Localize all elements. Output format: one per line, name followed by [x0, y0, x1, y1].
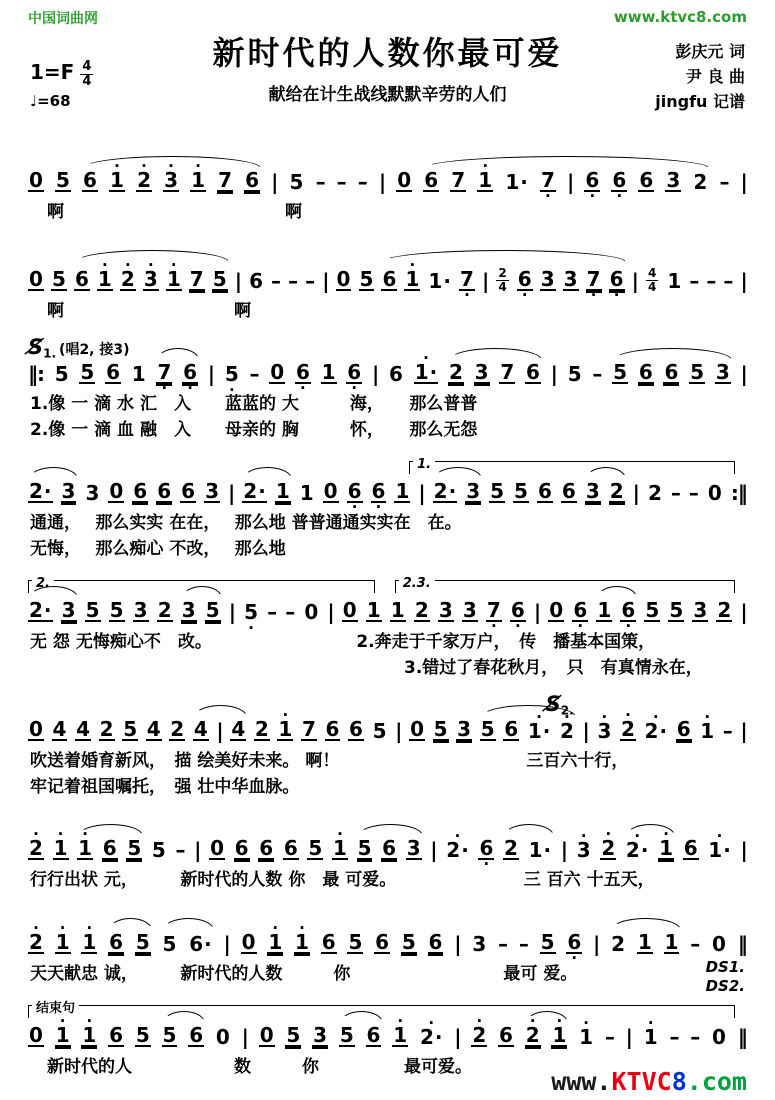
- note: 6: [132, 481, 148, 503]
- note: 5: [359, 269, 375, 291]
- note: 1: [394, 481, 410, 503]
- octave-dot-above: ·: [397, 1014, 403, 1029]
- barline: |: [740, 602, 746, 622]
- lyricist-credit: 彭庆元 词: [655, 40, 745, 65]
- note: 7·: [156, 362, 172, 384]
- key-signature-block: 1=F44 ♩=68: [30, 60, 93, 110]
- note: 1·: [109, 170, 125, 192]
- note: 2·: [242, 481, 267, 503]
- note: 1: [596, 600, 612, 622]
- note: 5: [162, 934, 178, 954]
- dash: –: [271, 271, 281, 291]
- dash: –: [719, 172, 729, 192]
- notes-row: 2.2.3.2·3553235|5·––0|0112337·6·|06·16·5…: [28, 579, 747, 630]
- octave-dot-below: ·: [484, 857, 490, 872]
- note: 6·: [572, 600, 588, 622]
- footer-logo-segment: www.: [551, 1067, 611, 1096]
- note: 0: [259, 1025, 275, 1047]
- dash: –: [519, 934, 529, 954]
- augmentation-dot: ·: [659, 719, 667, 743]
- barline: |: [229, 602, 235, 622]
- note: 6: [348, 719, 364, 741]
- segno-mark: S̸1.(唱2, 接3): [28, 337, 130, 360]
- note: 5·: [224, 364, 240, 384]
- key-signature: 1=F: [30, 60, 74, 84]
- note: 6: [498, 1025, 514, 1047]
- note: 1·: [166, 269, 182, 291]
- octave-dot-below: ·: [577, 619, 583, 634]
- note: 6: [428, 932, 444, 954]
- octave-dot-above: ·: [605, 827, 611, 842]
- time-signature: 44: [80, 60, 93, 88]
- note: 2: [414, 600, 430, 622]
- dash: –: [498, 934, 508, 954]
- note: 2: [647, 483, 663, 503]
- note: 6·: [510, 600, 526, 622]
- music-system-7: 2·1·1·655–|066651·563|2··6·21·|3·2·2··1·…: [28, 817, 747, 894]
- time-signature-inline: 44: [646, 267, 658, 294]
- note: 6: [381, 269, 397, 291]
- barline: ‖: [738, 934, 747, 954]
- dash: –: [267, 602, 277, 622]
- dash: –: [706, 271, 716, 291]
- lyrics-line: 啊 啊: [30, 299, 747, 325]
- note: 7: [217, 170, 233, 192]
- music-system-2: 0561·2·3·1·75|6–––|0561·1·7·|246·337·6·|…: [28, 243, 747, 325]
- note: 5: [513, 481, 529, 503]
- barline: |: [228, 483, 234, 503]
- augmentation-dot: ·: [430, 360, 438, 384]
- dash: –: [689, 483, 699, 503]
- note: 6·: [611, 170, 627, 192]
- note: 7: [189, 269, 205, 291]
- dash: –: [689, 271, 699, 291]
- octave-dot-below: ·: [545, 189, 551, 204]
- dash: –: [723, 271, 733, 291]
- sheet-music-page: 中国词曲网 www.ktvc8.com 新时代的人数你最可爱 献给在计生战线默默…: [0, 0, 775, 1100]
- note: 6: [663, 362, 679, 384]
- note: 2·: [28, 600, 53, 622]
- music-system-4: 1.2·3306663|2·1106·6·1|2·3556632|2––0:‖通…: [28, 460, 747, 562]
- note: 3: [563, 269, 579, 291]
- barline: |: [372, 364, 378, 384]
- note: 6: [423, 170, 439, 192]
- lyrics-line: 无悔， 那么痴心 不改， 那么地: [30, 537, 747, 563]
- note: 6: [258, 838, 274, 860]
- dash: –: [592, 364, 602, 384]
- note: 5: [612, 362, 628, 384]
- note: 6: [188, 1025, 204, 1047]
- note: 5: [285, 1025, 301, 1047]
- octave-dot-below: ·: [162, 381, 168, 396]
- slur-arc: [504, 824, 554, 836]
- note: 1·: [504, 172, 529, 192]
- barline: |: [418, 483, 424, 503]
- note: 3: [692, 600, 708, 622]
- octave-dot-above: ·: [337, 827, 343, 842]
- note: 2: [254, 719, 270, 741]
- note: 5: [347, 932, 363, 954]
- note: 4: [52, 719, 68, 741]
- dash: –: [690, 934, 700, 954]
- note: 5: [644, 600, 660, 622]
- note: 1·: [699, 721, 715, 741]
- note: 5: [122, 719, 138, 741]
- augmentation-dot: ·: [520, 170, 528, 194]
- notes-row: 2·1·1·655–|066651·563|2··6·21·|3·2·2··1·…: [28, 817, 747, 868]
- dash: –: [250, 364, 260, 384]
- note: 6: [374, 932, 390, 954]
- music-system-3: S̸1.(唱2, 接3)‖:55617·6·|5·–06·16·|61··237…: [28, 341, 747, 443]
- slur-arc: [424, 156, 709, 168]
- note: 5: [205, 600, 221, 622]
- barline: |: [322, 271, 328, 291]
- octave-dot-below: ·: [351, 381, 357, 396]
- note: 6: [321, 932, 337, 954]
- barline: |: [430, 840, 436, 860]
- octave-dot-below: ·: [589, 189, 595, 204]
- note: 0: [269, 362, 285, 384]
- note: 5: [357, 838, 373, 860]
- note: 3: [465, 481, 481, 503]
- dash: –: [671, 483, 681, 503]
- credits-block: 彭庆元 词 尹 良 曲 jingfu 记谱: [655, 40, 745, 114]
- augmentation-dot: ·: [443, 269, 451, 293]
- octave-dot-below: ·: [591, 288, 597, 303]
- note: 1: [299, 483, 315, 503]
- note: 2·: [525, 1025, 541, 1047]
- note: 5: [489, 481, 505, 503]
- octave-dot-below: ·: [616, 189, 622, 204]
- note: 1·: [55, 1025, 71, 1047]
- note: 3: [462, 600, 478, 622]
- note: 3·: [163, 170, 179, 192]
- note: 5: [109, 600, 125, 622]
- note: 6: [676, 719, 692, 741]
- note: 5: [567, 364, 583, 384]
- score-area: 0561·2·3·1·76|5–––|0671·1·7·|6·6·632–| 啊…: [28, 149, 747, 1081]
- note: 7: [499, 362, 515, 384]
- slur-arc: [449, 348, 542, 360]
- note: 5: [372, 721, 388, 741]
- volta-bracket: 结束句: [28, 1005, 735, 1018]
- note: 6: [108, 1025, 124, 1047]
- note: 2·: [136, 170, 152, 192]
- note: 2: [716, 600, 732, 622]
- note: 3: [133, 600, 149, 622]
- notes-row: 2·1·1·6556·|01·1·65656|3––56·|211–0‖: [28, 911, 747, 962]
- octave-dot-below: ·: [376, 500, 382, 515]
- octave-dot-above: ·: [648, 1016, 654, 1031]
- note: 1: [366, 600, 382, 622]
- note: 7·: [486, 600, 502, 622]
- barline: |: [482, 271, 488, 291]
- note: 1·: [294, 932, 310, 954]
- dash: –: [337, 172, 347, 192]
- slur-arc: [83, 156, 261, 168]
- slur-arc: [611, 918, 681, 930]
- dash: –: [669, 1027, 679, 1047]
- note: 0: [711, 934, 727, 954]
- note: 1·: [55, 932, 71, 954]
- note: 6: [638, 170, 654, 192]
- note: 6: [503, 719, 519, 741]
- note: 5: [51, 269, 67, 291]
- note: 6: [248, 271, 264, 291]
- octave-dot-below: ·: [614, 288, 620, 303]
- note: 6·: [371, 481, 387, 503]
- note: 1·: [332, 838, 348, 860]
- note: 5: [135, 932, 151, 954]
- note: 5: [126, 838, 142, 860]
- augmentation-dot: ·: [723, 838, 731, 862]
- note: 0: [28, 719, 44, 741]
- note: 0: [28, 1025, 44, 1047]
- dash: –: [285, 602, 295, 622]
- octave-dot-below: ·: [625, 619, 631, 634]
- note: 6·: [517, 269, 533, 291]
- note: 1·: [427, 271, 452, 291]
- note: 2··: [419, 1027, 444, 1047]
- note: 6·: [620, 600, 636, 622]
- note: 1··: [707, 840, 732, 860]
- note: 0: [711, 1027, 727, 1047]
- note: 2: [503, 838, 519, 860]
- segno-icon: S̸: [28, 335, 43, 359]
- barline: |: [567, 172, 573, 192]
- footer-logo-segment: KTVC: [612, 1067, 672, 1096]
- note: 3: [585, 481, 601, 503]
- note: 6: [525, 362, 541, 384]
- volta-bracket: 2.3.: [395, 580, 735, 593]
- barline: |: [741, 364, 747, 384]
- octave-dot-above: ·: [283, 708, 289, 723]
- augmentation-dot: ·: [44, 598, 52, 622]
- note: 5: [54, 364, 70, 384]
- note: 1·: [578, 1027, 594, 1047]
- barline: |: [242, 1027, 248, 1047]
- note: 2: [448, 362, 464, 384]
- notes-row: 结束句01·1·65560|053561·2··|2·62·1·1·–|1·––…: [28, 1004, 747, 1055]
- octave-dot-above: ·: [58, 827, 64, 842]
- note: 2··: [445, 840, 470, 860]
- note: 3: [84, 483, 100, 503]
- octave-dot-above: ·: [423, 351, 429, 366]
- octave-dot-above: ·: [583, 1016, 589, 1031]
- note: 1: [666, 271, 682, 291]
- barline: |: [208, 364, 214, 384]
- slur-arc: [157, 348, 199, 360]
- barline: |: [740, 271, 746, 291]
- note: 1·: [81, 932, 97, 954]
- note: 1: [637, 932, 653, 954]
- note: 3: [474, 362, 490, 384]
- meter-numerator: 4: [80, 60, 93, 75]
- slur-arc: [382, 250, 626, 262]
- note: 2·: [600, 838, 616, 860]
- note: 5: [480, 719, 496, 741]
- music-system-8: 2·1·1·6556·|01·1·65656|3––56·|211–0‖天天献忠…: [28, 911, 747, 988]
- note: 2: [609, 481, 625, 503]
- barline: |: [395, 721, 401, 741]
- note: 6·: [566, 932, 582, 954]
- note: 3: [61, 600, 77, 622]
- dash: –: [605, 1027, 615, 1047]
- tempo-marking: ♩=68: [30, 92, 93, 110]
- augmentation-dot: ·: [44, 479, 52, 503]
- octave-dot-above: ·: [33, 827, 39, 842]
- note: 4: [146, 719, 162, 741]
- dash: –: [358, 172, 368, 192]
- note: 6: [102, 838, 118, 860]
- dash: –: [288, 271, 298, 291]
- notes-row: S̸2.04425424|421·7665|053561··2·|3·2·2··…: [28, 698, 747, 749]
- note: 7·: [586, 269, 602, 291]
- note: 5: [689, 362, 705, 384]
- note: 3: [406, 838, 422, 860]
- octave-dot-below: ·: [515, 619, 521, 634]
- octave-dot-above: ·: [60, 1014, 66, 1029]
- note: 6·: [478, 838, 494, 860]
- octave-dot-below: ·: [571, 951, 577, 966]
- note: 0: [336, 269, 352, 291]
- lyrics-line: 3.错过了春花秋月， 只 有真情永在，: [30, 656, 747, 682]
- note: 6: [388, 364, 404, 384]
- dash: –: [316, 172, 326, 192]
- barline: |: [633, 483, 639, 503]
- augmentation-dot: ·: [204, 932, 212, 956]
- song-subtitle: 献给在计生战线默默辛劳的人们: [28, 80, 747, 105]
- note: 6: [156, 481, 172, 503]
- note: 6·: [609, 269, 625, 291]
- dash: –: [690, 1027, 700, 1047]
- note: 2·: [620, 719, 636, 741]
- augmentation-dot: ·: [258, 479, 266, 503]
- note: 7·: [540, 170, 556, 192]
- octave-dot-above: ·: [428, 1016, 434, 1031]
- slur-arc: [75, 250, 229, 262]
- slur-arc: [29, 467, 78, 479]
- note: 1·: [267, 932, 283, 954]
- note: 3: [540, 269, 556, 291]
- note: 3·: [596, 721, 612, 741]
- barline: |: [327, 602, 333, 622]
- note: 0: [303, 602, 319, 622]
- dash: –: [175, 840, 185, 860]
- barline: |: [583, 721, 589, 741]
- octave-dot-below: ·: [187, 381, 193, 396]
- note: 5: [212, 269, 228, 291]
- barline: |: [454, 1027, 460, 1047]
- note: 7: [450, 170, 466, 192]
- footer-logo: www.KTVC8.com: [551, 1067, 747, 1096]
- octave-dot-above: ·: [455, 829, 461, 844]
- note: 5: [79, 362, 95, 384]
- lyrics-line: 通通， 那么实实 在在， 那么地 普普通通实实在 在。: [30, 511, 747, 537]
- note: 2·: [120, 269, 136, 291]
- octave-dot-above: ·: [60, 921, 66, 936]
- footer-logo-segment: .com: [687, 1067, 747, 1096]
- music-system-5: 2.2.3.2·3553235|5·––0|0112337·6·|06·16·5…: [28, 579, 747, 681]
- note: 2: [157, 600, 173, 622]
- dash: –: [723, 721, 733, 741]
- note: 6: [325, 719, 341, 741]
- note: 6: [244, 170, 260, 192]
- note: 6: [381, 838, 397, 860]
- octave-dot-above: ·: [87, 921, 93, 936]
- barline: |: [194, 840, 200, 860]
- note: 6: [108, 932, 124, 954]
- note: 5: [162, 1025, 178, 1047]
- note: 4: [75, 719, 91, 741]
- note: 6·: [347, 481, 363, 503]
- augmentation-dot: ·: [435, 1025, 443, 1049]
- barline: :‖: [731, 483, 747, 503]
- barline: |: [561, 840, 567, 860]
- note: 3: [471, 934, 487, 954]
- note: 1·: [190, 170, 206, 192]
- note: 3: [61, 481, 77, 503]
- note: 4: [193, 719, 209, 741]
- barline: ‖:: [28, 364, 44, 384]
- note: 0: [342, 600, 358, 622]
- slur-arc: [78, 824, 143, 836]
- note: 1: [321, 362, 337, 384]
- note: 3: [438, 600, 454, 622]
- note: 6·: [188, 934, 213, 954]
- composer-credit: 尹 良 曲: [655, 65, 745, 90]
- site-url: www.ktvc8.com: [614, 8, 747, 26]
- note: 3: [204, 481, 220, 503]
- lyrics-line: 1.像 一 滴 水 汇 入 蓝蓝的 大 海， 那么普普: [30, 392, 747, 418]
- note: 1·: [643, 1027, 659, 1047]
- note: 6: [683, 838, 699, 860]
- note: 6: [537, 481, 553, 503]
- dash: –: [305, 271, 315, 291]
- note: 5: [540, 932, 556, 954]
- note: 6: [82, 170, 98, 192]
- octave-dot-below: ·: [464, 288, 470, 303]
- note: 2: [99, 719, 115, 741]
- note: 6: [366, 1025, 382, 1047]
- notes-row: 1.2·3306663|2·1106·6·1|2·3556632|2––0:‖: [28, 460, 747, 511]
- octave-dot-below: ·: [522, 288, 528, 303]
- note: 2·: [28, 838, 44, 860]
- note: 6·: [182, 362, 198, 384]
- octave-dot-above: ·: [299, 921, 305, 936]
- slur-arc: [194, 705, 247, 717]
- lyrics-line: 牢记着祖国嘱托， 强 壮中华血脉。: [30, 775, 747, 801]
- slur-arc: [613, 348, 732, 360]
- note: 2·: [28, 481, 53, 503]
- octave-dot-above: ·: [704, 710, 710, 725]
- barline: |: [593, 934, 599, 954]
- slur-arc: [109, 918, 152, 930]
- note: 7·: [459, 269, 475, 291]
- note: 0: [215, 1027, 231, 1047]
- note: 2·: [433, 481, 458, 503]
- note: 5: [668, 600, 684, 622]
- slur-arc: [243, 467, 292, 479]
- augmentation-dot: ·: [461, 838, 469, 862]
- lyrics-line: 天天献忠 诚， 新时代的人数 你 最可 爱。: [30, 962, 747, 988]
- note: 1·: [277, 719, 293, 741]
- barline: |: [740, 721, 746, 741]
- note: 5: [339, 1025, 355, 1047]
- note: 5: [401, 932, 417, 954]
- note: 2·: [28, 932, 44, 954]
- barline: |: [551, 364, 557, 384]
